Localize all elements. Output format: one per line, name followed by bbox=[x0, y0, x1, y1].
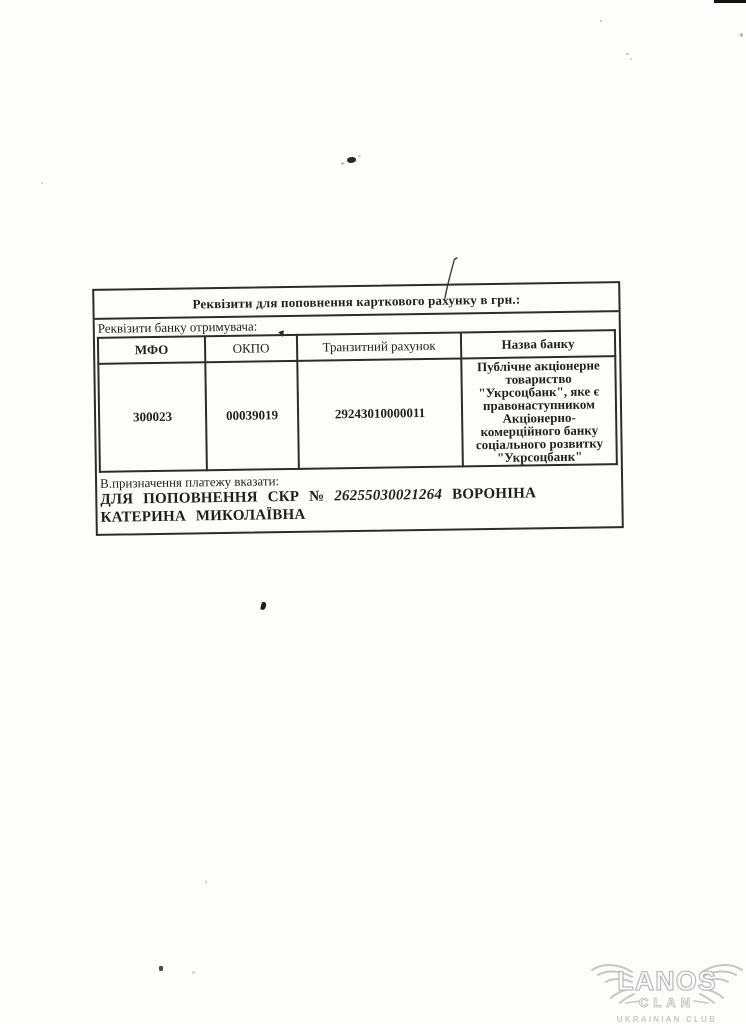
value-mfo: 300023 bbox=[98, 362, 207, 472]
watermark-caption: UKRAINIAN CLUB bbox=[588, 1015, 746, 1024]
scan-artifact-speck bbox=[41, 182, 43, 184]
table-row: 300023 00039019 29243010000011 Публічне … bbox=[98, 356, 617, 472]
payment-purpose-text: ДЛЯ ПОПОВНЕННЯ СКР № 26255030021264 ВОРО… bbox=[97, 483, 622, 534]
header-okpo: ОКПО bbox=[205, 335, 297, 362]
bank-requisites-table: МФО ОКПО Транзитний рахунок Назва банку … bbox=[97, 329, 618, 473]
scan-artifact-speck bbox=[192, 971, 195, 974]
scan-artifact-speck bbox=[159, 966, 163, 971]
scan-artifact-speck bbox=[341, 162, 344, 165]
scan-artifact-speck bbox=[600, 20, 602, 22]
purpose-prefix: ДЛЯ ПОПОВНЕННЯ СКР № bbox=[100, 489, 324, 508]
scan-artifact-ink-blot bbox=[347, 157, 356, 163]
watermark-graphic: LANOS CLAN bbox=[588, 956, 746, 1014]
header-bank-name: Назва банку bbox=[461, 330, 615, 358]
scan-artifact-speck bbox=[740, 33, 743, 37]
bank-requisites-form: Реквізити для поповнення карткового раху… bbox=[92, 281, 624, 536]
watermark-subtitle: CLAN bbox=[639, 995, 695, 1010]
account-number: 26255030021264 bbox=[334, 487, 442, 505]
value-transit-account: 29243010000011 bbox=[297, 358, 463, 468]
scan-artifact-speck bbox=[205, 880, 207, 884]
value-okpo: 00039019 bbox=[205, 361, 299, 470]
scan-artifact-corner-bar bbox=[714, 0, 746, 3]
scanned-page: Реквізити для поповнення карткового раху… bbox=[0, 0, 746, 1024]
scan-artifact-speck bbox=[358, 155, 361, 157]
lanos-clan-watermark: LANOS CLAN UKRAINIAN CLUB bbox=[588, 956, 746, 1024]
scan-artifact-speck bbox=[626, 53, 629, 55]
watermark-title: LANOS bbox=[617, 966, 717, 996]
value-bank-name: Публічне акціонерне товариство "Укрсоцба… bbox=[461, 356, 617, 466]
scan-artifact-speck bbox=[630, 58, 632, 60]
header-transit-account: Транзитний рахунок bbox=[297, 332, 461, 360]
header-mfo: МФО bbox=[98, 336, 205, 364]
scan-artifact-comma-mark bbox=[260, 602, 267, 611]
